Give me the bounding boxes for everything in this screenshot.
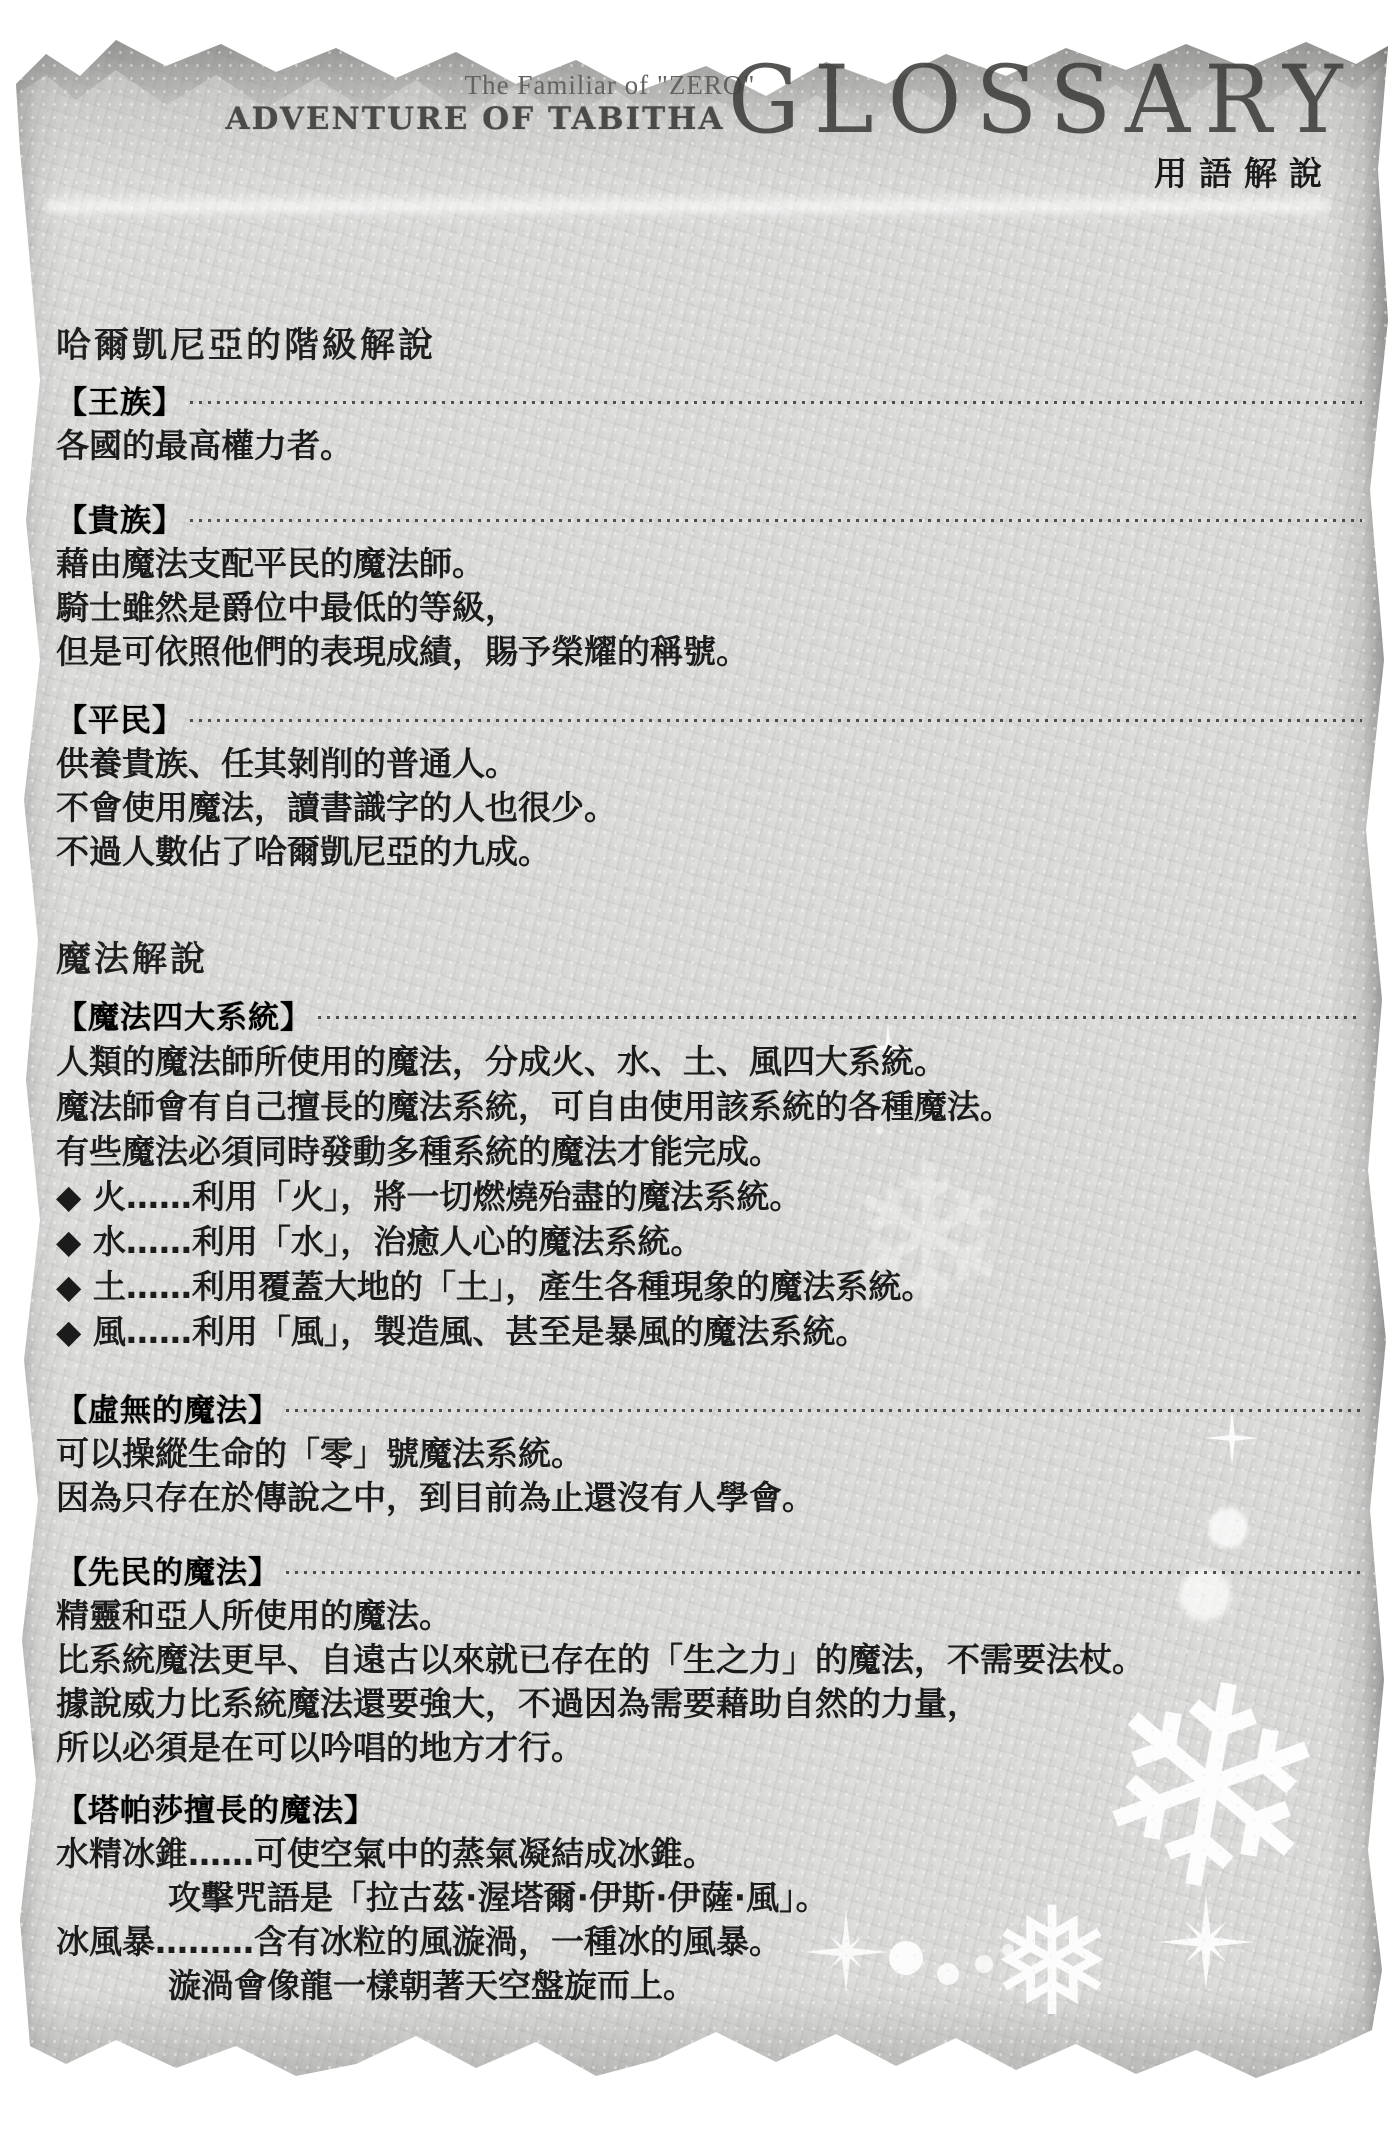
glossary-title: GLOSSARY — [728, 46, 1353, 155]
definition-line-earth: ◆ 土……利用覆蓋大地的「土」，產生各種現象的魔法系統。 — [56, 1264, 1364, 1309]
glossary-entry-nobles: 【貴族】 藉由魔法支配平民的魔法師。 騎士雖然是爵位中最低的等級， 但是可依照他… — [56, 492, 1364, 674]
term-row: 【虛無的魔法】 — [56, 1382, 1364, 1432]
definition-line: 供養貴族、任其剝削的普通人。 — [56, 742, 1364, 786]
glossary-entry-firstborn-magic: 【先民的魔法】 精靈和亞人所使用的魔法。 比系統魔法更早、自遠古以來就已存在的「… — [56, 1544, 1364, 1770]
glossary-entry-tabitha-magic: 【塔帕莎擅長的魔法】 水精冰錐……可使空氣中的蒸氣凝結成冰錐。 攻擊咒語是「拉古… — [56, 1782, 1364, 2008]
dotted-leader — [190, 401, 1362, 404]
definition-line: 比系統魔法更早、自遠古以來就已存在的「生之力」的魔法，不需要法杖。 — [56, 1638, 1364, 1682]
dotted-leader — [286, 1409, 1362, 1412]
definition-line: 各國的最高權力者。 — [56, 424, 1364, 468]
dotted-leader — [190, 719, 1362, 722]
definition-line: 有些魔法必須同時發動多種系統的魔法才能完成。 — [56, 1129, 1364, 1174]
definition-line: 冰風暴………含有冰粒的風漩渦，一種冰的風暴。 — [56, 1920, 1364, 1964]
definition-line-fire: ◆ 火……利用「火」，將一切燃燒殆盡的魔法系統。 — [56, 1174, 1364, 1219]
term-label: 【平民】 — [56, 695, 184, 740]
glossary-entry-void-magic: 【虛無的魔法】 可以操縱生命的「零」號魔法系統。 因為只存在於傳說之中，到目前為… — [56, 1382, 1364, 1520]
glossary-entry-commoners: 【平民】 供養貴族、任其剝削的普通人。 不會使用魔法，讀書識字的人也很少。 不過… — [56, 692, 1364, 874]
paper-smudge — [16, 1720, 42, 1784]
term-row: 【平民】 — [56, 692, 1364, 742]
definition-line: 所以必須是在可以吟唱的地方才行。 — [56, 1726, 1364, 1770]
term-label: 【貴族】 — [56, 495, 184, 540]
definition-line: 精靈和亞人所使用的魔法。 — [56, 1594, 1364, 1638]
paper-smudge — [16, 1450, 42, 1514]
glossary-subtitle-cjk: 用語解說 — [1154, 148, 1334, 195]
definition-line: 不過人數佔了哈爾凱尼亞的九成。 — [56, 830, 1364, 874]
glossary-entry-royalty: 【王族】 各國的最高權力者。 — [56, 374, 1364, 468]
paper-light-band — [46, 198, 1328, 214]
term-row: 【魔法四大系統】 — [56, 989, 1364, 1039]
term-label: 【虛無的魔法】 — [56, 1385, 280, 1430]
definition-line: 漩渦會像龍一樣朝著天空盤旋而上。 — [56, 1964, 1364, 2008]
term-label: 【魔法四大系統】 — [56, 992, 312, 1037]
definition-line-wind: ◆ 風……利用「風」，製造風、甚至是暴風的魔法系統。 — [56, 1309, 1364, 1354]
series-subtitle: ADVENTURE OF TABITHA — [225, 101, 725, 137]
manga-glossary-page: ❄ ❄ ❅ The Familiar of " — [0, 0, 1400, 2154]
definition-line: 因為只存在於傳說之中，到目前為止還沒有人學會。 — [56, 1476, 1364, 1520]
definition-line: 騎士雖然是爵位中最低的等級， — [56, 586, 1364, 630]
paper-smudge — [16, 575, 42, 639]
paper-smudge — [16, 350, 42, 414]
term-label: 【先民的魔法】 — [56, 1547, 280, 1592]
section-title-magic: 魔法解說 — [56, 932, 208, 982]
term-label: 【王族】 — [56, 377, 184, 422]
dotted-leader — [190, 519, 1362, 522]
dotted-leader — [286, 1571, 1362, 1574]
definition-line: 不會使用魔法，讀書識字的人也很少。 — [56, 786, 1364, 830]
term-row: 【塔帕莎擅長的魔法】 — [56, 1782, 1364, 1832]
glossary-entry-four-systems: 【魔法四大系統】 人類的魔法師所使用的魔法，分成火、水、土、風四大系統。 魔法師… — [56, 989, 1364, 1354]
paper-smudge — [16, 1175, 42, 1239]
definition-line: 據說威力比系統魔法還要強大，不過因為需要藉助自然的力量， — [56, 1682, 1364, 1726]
definition-line: 人類的魔法師所使用的魔法，分成火、水、土、風四大系統。 — [56, 1039, 1364, 1084]
definition-line: 但是可依照他們的表現成績，賜予榮耀的稱號。 — [56, 630, 1364, 674]
definition-line: 可以操縱生命的「零」號魔法系統。 — [56, 1432, 1364, 1476]
definition-line: 藉由魔法支配平民的魔法師。 — [56, 542, 1364, 586]
term-row: 【先民的魔法】 — [56, 1544, 1364, 1594]
section-title-classes: 哈爾凱尼亞的階級解說 — [56, 318, 436, 368]
term-row: 【貴族】 — [56, 492, 1364, 542]
definition-line: 水精冰錐……可使空氣中的蒸氣凝結成冰錐。 — [56, 1832, 1364, 1876]
definition-line-water: ◆ 水……利用「水」，治癒人心的魔法系統。 — [56, 1219, 1364, 1264]
term-label: 【塔帕莎擅長的魔法】 — [56, 1785, 376, 1830]
dotted-leader — [318, 1016, 1362, 1019]
term-row: 【王族】 — [56, 374, 1364, 424]
definition-line: 魔法師會有自己擅長的魔法系統，可自由使用該系統的各種魔法。 — [56, 1084, 1364, 1129]
definition-line: 攻擊咒語是「拉古茲·渥塔爾·伊斯·伊薩·風」。 — [56, 1876, 1364, 1920]
